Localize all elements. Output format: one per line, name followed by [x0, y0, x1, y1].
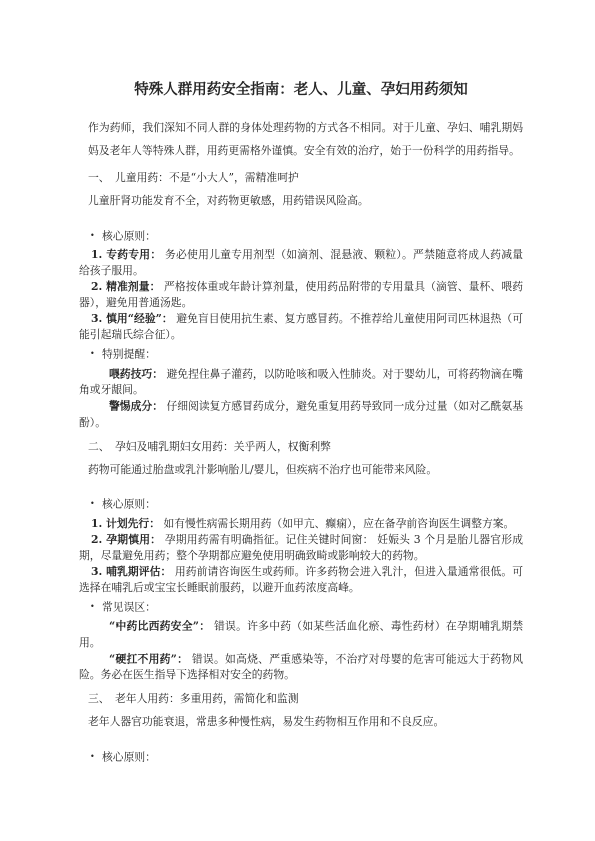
group-header-label: 核心原则： — [102, 229, 156, 242]
section-3-heading: 三、 老年人用药：多重用药，需简化和监测 — [88, 691, 523, 707]
list-item: •“中药比西药安全”： 错误。许多中药（如某些活血化瘀、毒性药材）在孕期哺乳期禁… — [79, 618, 523, 651]
group-header: •核心原则： — [90, 749, 523, 766]
group-header: •常见误区： — [90, 599, 523, 616]
item-label: 喂药技巧： — [109, 367, 163, 380]
item-label: 1. 专药专用： — [91, 248, 161, 261]
section-1-lead: 儿童肝肾功能发育不全，对药物更敏感，用药错误风险高。 — [88, 190, 523, 213]
list-item: 1. 计划先行： 如有慢性病需长期用药（如甲亢、癫痫），应在备孕前咨询医生调整方… — [79, 516, 523, 532]
group-header-label: 特别提醒： — [102, 348, 156, 361]
item-label: “中药比西药安全”： — [109, 620, 210, 633]
section-2-lead: 药物可能通过胎盘或乳汁影响胎儿/婴儿，但疾病不治疗也可能带来风险。 — [88, 459, 523, 482]
bullet-icon: • — [97, 366, 109, 382]
list-item: •“硬扛不用药”： 错误。如高烧、严重感染等，不治疗对母婴的危害可能远大于药物风… — [79, 651, 523, 684]
item-label: 3. 慎用“经验”： — [91, 312, 173, 325]
bullet-icon: • — [97, 618, 109, 634]
bullet-icon: • — [90, 749, 102, 765]
section-1-heading: 一、 儿童用药：不是“小大人”，需精准呵护 — [88, 170, 523, 186]
list-item: 2. 孕期慎用： 孕期用药需有明确指征。记住关键时间窗： 妊娠头 3 个月是胎儿… — [79, 532, 523, 564]
item-label: “硬扛不用药”： — [109, 652, 188, 665]
item-label: 1. 计划先行： — [91, 517, 160, 530]
group-header-label: 常见误区： — [102, 600, 156, 613]
section-pregnancy: 二、 孕妇及哺乳期妇女用药：关乎两人，权衡利弊 药物可能通过胎盘或乳汁影响胎儿/… — [79, 439, 523, 684]
document-title: 特殊人群用药安全指南：老人、儿童、孕妇用药须知 — [79, 79, 523, 101]
bullet-icon: • — [90, 228, 102, 244]
group-header-label: 核心原则： — [102, 498, 156, 511]
list-item: •喂药技巧： 避免捏住鼻子灌药，以防呛咳和吸入性肺炎。对于婴幼儿，可将药物滴在嘴… — [79, 366, 523, 399]
group-header: •核心原则： — [90, 228, 523, 245]
group-header: •核心原则： — [90, 496, 523, 513]
intro-paragraph: 作为药师，我们深知不同人群的身体处理药物的方式各不相同。对于儿童、孕妇、哺乳期妈… — [88, 117, 523, 162]
bullet-icon: • — [90, 346, 102, 362]
document-page: 特殊人群用药安全指南：老人、儿童、孕妇用药须知 作为药师，我们深知不同人群的身体… — [0, 0, 595, 841]
item-text: 如有慢性病需长期用药（如甲亢、癫痫），应在备孕前咨询医生调整方案。 — [160, 517, 514, 530]
bullet-icon: • — [97, 651, 109, 667]
section-2-heading: 二、 孕妇及哺乳期妇女用药：关乎两人，权衡利弊 — [88, 439, 523, 455]
item-label: 3. 哺乳期评估： — [91, 565, 171, 578]
item-label: 警惕成分： — [109, 400, 163, 413]
list-item: 1. 专药专用： 务必使用儿童专用剂型（如滴剂、混悬液、颗粒）。严禁随意将成人药… — [79, 247, 523, 279]
item-label: 2. 孕期慎用： — [91, 533, 161, 546]
bullet-icon: • — [90, 599, 102, 615]
list-item: 3. 慎用“经验”： 避免盲目使用抗生素、复方感冒药。不推荐给儿童使用阿司匹林退… — [79, 311, 523, 343]
bullet-icon: • — [90, 496, 102, 512]
section-3-lead: 老年人器官功能衰退，常患多种慢性病，易发生药物相互作用和不良反应。 — [88, 711, 523, 734]
list-item: •警惕成分： 仔细阅读复方感冒药成分，避免重复用药导致同一成分过量（如对乙酰氨基… — [79, 398, 523, 431]
group-header-label: 核心原则： — [102, 750, 156, 763]
bullet-icon: • — [97, 398, 109, 414]
section-elderly: 三、 老年人用药：多重用药，需简化和监测 老年人器官功能衰退，常患多种慢性病，易… — [79, 691, 523, 765]
list-item: 2. 精准剂量： 严格按体重或年龄计算剂量，使用药品附带的专用量具（滴管、量杯、… — [79, 279, 523, 311]
section-children: 一、 儿童用药：不是“小大人”，需精准呵护 儿童肝肾功能发育不全，对药物更敏感，… — [79, 170, 523, 431]
item-label: 2. 精准剂量： — [91, 280, 161, 293]
list-item: 3. 哺乳期评估： 用药前请咨询医生或药师。许多药物会进入乳汁，但进入量通常很低… — [79, 564, 523, 596]
group-header: •特别提醒： — [90, 346, 523, 363]
